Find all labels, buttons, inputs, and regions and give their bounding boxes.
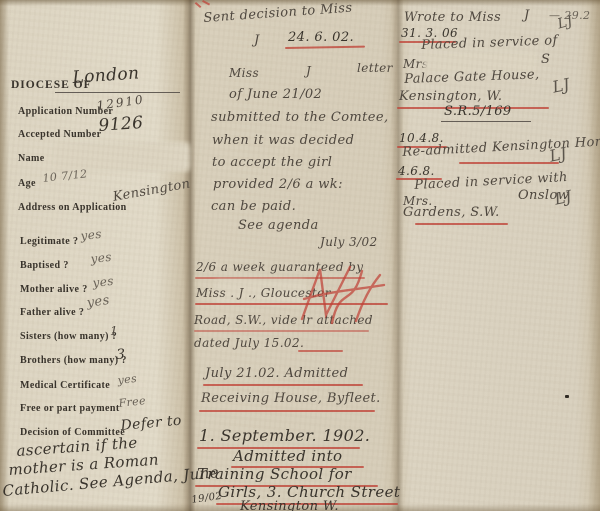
note-wrote-line: Wrote to Miss: [404, 11, 501, 24]
note-para-line: can be paid.: [211, 200, 296, 213]
field-label-father-alive: Father alive ?: [20, 308, 84, 318]
red-edge-mark: [195, 2, 202, 8]
note-para-miss: Miss: [229, 67, 259, 79]
note-para-date: July 3/02: [320, 236, 378, 248]
dark-underline: [441, 121, 531, 122]
field-label-payment: Free or part payment: [20, 404, 120, 414]
note-sent-initial: J: [254, 34, 260, 47]
note-placed2-line: Gardens, S.W.: [403, 206, 500, 219]
name-redaction: [58, 146, 186, 168]
fold-crease-left: [183, 0, 195, 511]
field-value-address: Kensington: [112, 177, 191, 203]
field-label-mother-alive: Mother alive ?: [20, 285, 88, 295]
red-monogram-stamp: [296, 263, 388, 327]
note-para-line: provided 2/6 a wk:: [213, 178, 343, 191]
field-value-father-alive: yes: [86, 294, 111, 310]
field-label-brothers: Brothers (how many) ?: [20, 356, 127, 366]
initials-flourish: LJ: [548, 145, 568, 164]
initials-flourish: LJ: [553, 188, 573, 207]
red-underline: [459, 162, 559, 164]
ink-speck: [565, 395, 569, 398]
note-training-line: Admitted into: [233, 449, 342, 464]
note-placed1-mrs: Mrs: [403, 58, 428, 70]
note-training-line: Training School for: [197, 467, 352, 482]
note-placed1-line: Kensington, W.: [399, 90, 502, 103]
field-value-payment: Free: [118, 395, 147, 409]
red-edge-mark: [202, 0, 210, 6]
note-placed1-surname-initial: S: [541, 53, 550, 66]
field-value-mother-alive: yes: [92, 275, 114, 289]
note-para-line: to accept the girl: [212, 156, 332, 169]
diocese-rule: [55, 92, 180, 93]
diocese-value: London: [72, 65, 140, 87]
red-underline: [199, 410, 375, 412]
field-value-age: 10 7/12: [42, 168, 88, 184]
field-label-medical-certificate: Medical Certificate: [20, 381, 110, 391]
field-value-baptised: yes: [90, 251, 112, 265]
note-para-line: See agenda: [238, 219, 319, 232]
red-underline: [285, 46, 365, 49]
note-wrote-initial: J: [524, 9, 530, 22]
note-guarantee-line: dated July 15.02.: [194, 337, 304, 349]
note-training-date: 1. September. 1902.: [199, 428, 370, 444]
note-para-initial: J: [306, 65, 311, 77]
red-underline: [415, 223, 508, 225]
note-sent-decision: Sent decision to Miss: [203, 2, 353, 25]
note-admitted-receiving: Receiving House, Byfleet.: [201, 392, 381, 405]
field-value-decision: Defer to: [120, 414, 182, 433]
note-training-line: Kensington W.: [240, 500, 339, 511]
field-label-age: Age: [18, 179, 36, 189]
note-date-3: 4.6.8.: [398, 165, 435, 177]
fold-crease-right: [391, 0, 403, 511]
field-label-legitimate: Legitimate ?: [20, 237, 78, 247]
note-training-line: Girls, 3. Church Street: [218, 485, 400, 500]
field-value-medical-certificate: yes: [117, 373, 138, 386]
note-sent-date: 24. 6. 02.: [288, 31, 354, 44]
red-underline: [194, 330, 369, 332]
note-reference: S.R.5/169: [444, 105, 512, 118]
field-value-brothers: 3: [116, 348, 125, 362]
field-label-address: Address on Application: [18, 203, 127, 213]
note-admitted-receiving: July 21.02. Admitted: [205, 367, 348, 380]
field-value-application-number: 12910: [96, 93, 145, 112]
note-para-letter: letter: [357, 62, 393, 74]
note-placed1-line: Placed in service of: [421, 34, 558, 52]
initials-flourish: LJ: [551, 76, 571, 95]
field-value-sisters: 1: [110, 325, 118, 337]
field-label-name: Name: [18, 154, 45, 164]
field-value-accepted-number: 9126: [98, 115, 144, 135]
field-label-accepted-number: Accepted Number: [18, 130, 101, 140]
note-para-line: when it was decided: [212, 134, 354, 147]
document-scan: DIOCESE OF London Application Number 129…: [0, 0, 600, 511]
note-placed1-line: Palace Gate House,: [404, 68, 540, 86]
field-label-sisters: Sisters (how many) ?: [20, 332, 117, 342]
field-value-legitimate: yes: [80, 228, 102, 242]
note-para-line: submitted to the Comtee,: [211, 111, 389, 124]
red-underline: [298, 350, 343, 352]
field-label-baptised: Baptised ?: [20, 261, 69, 271]
initials-flourish: LJ: [556, 14, 574, 31]
red-underline: [203, 384, 363, 386]
note-para-line: of June 21/02: [229, 88, 322, 101]
